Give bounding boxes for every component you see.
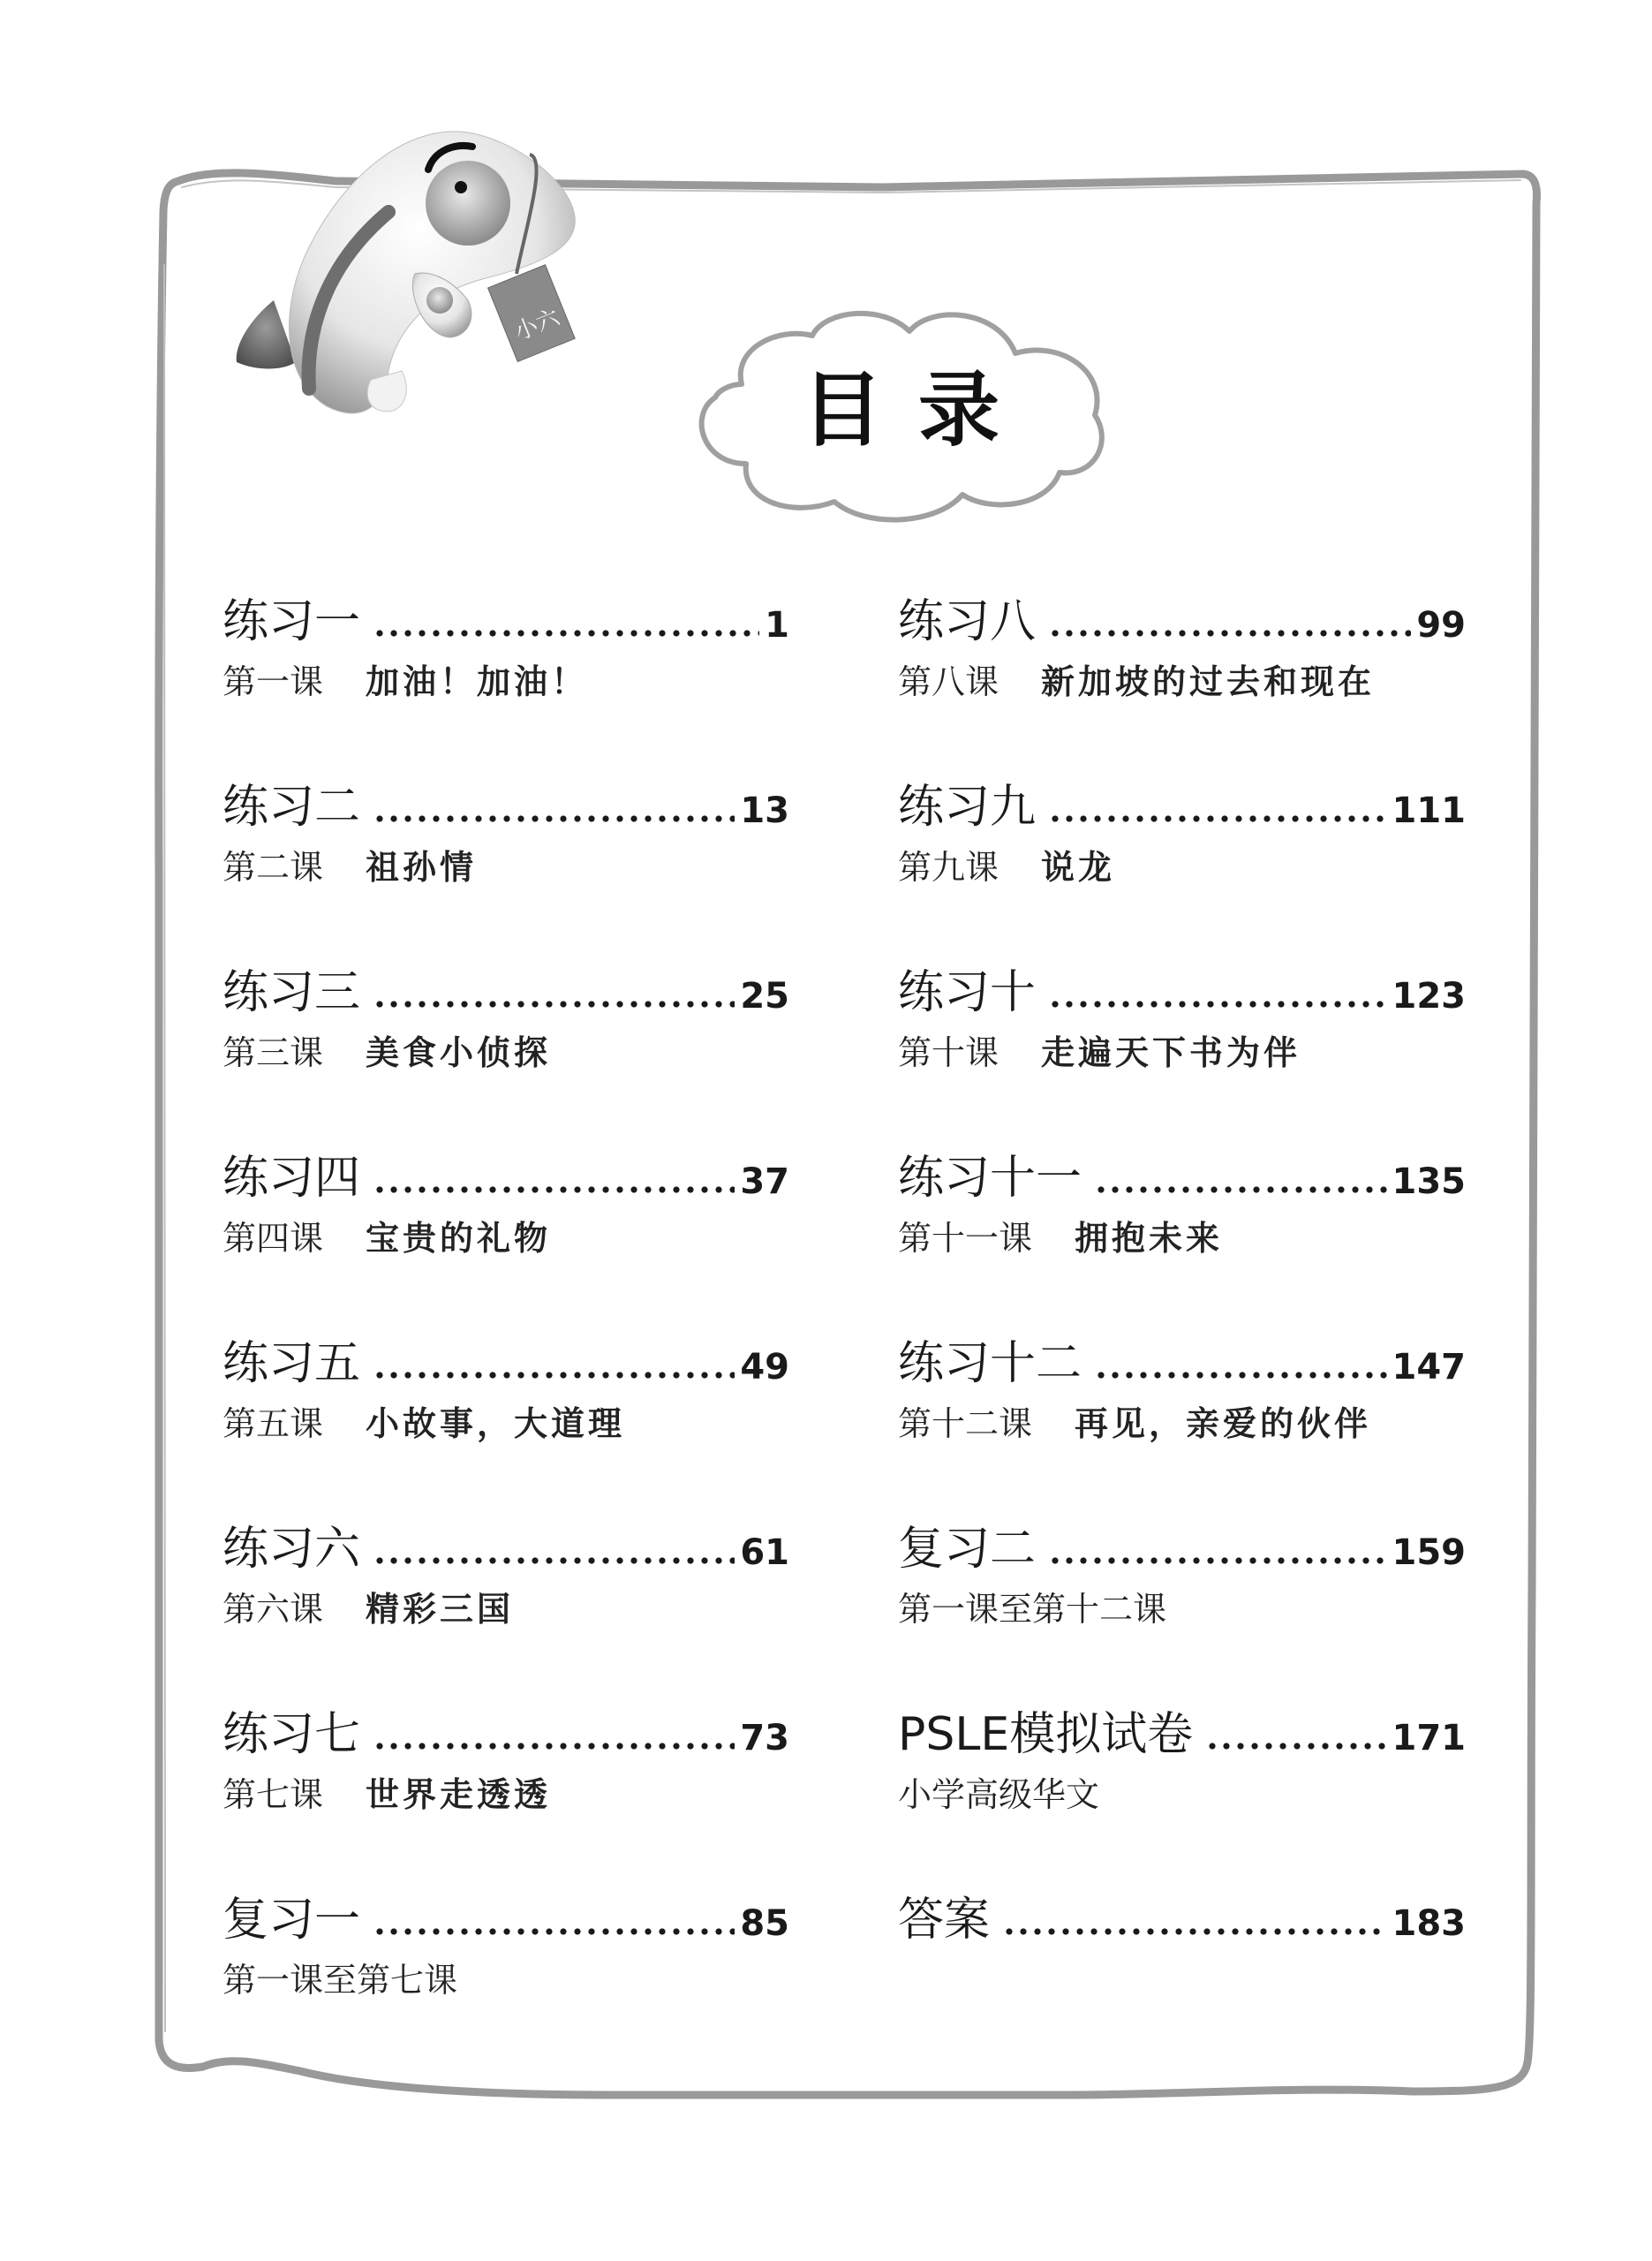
lesson-label: 第十二课: [898, 1404, 1032, 1443]
toc-entry[interactable]: 练习五49 第五课小故事，大道理: [223, 1335, 789, 1477]
lesson-title: 精彩三国: [366, 1590, 514, 1629]
lesson-label: 小学高级华文: [898, 1775, 1099, 1814]
lesson-label: 第九课: [898, 848, 999, 887]
dot-leader: [373, 814, 735, 823]
entry-title: 练习九: [898, 779, 1036, 836]
dot-leader: [1048, 629, 1411, 638]
lesson-label: 第六课: [223, 1590, 323, 1629]
dot-leader: [373, 1742, 735, 1751]
lesson-label: 第二课: [223, 848, 323, 887]
entry-page-number: 123: [1392, 972, 1467, 1021]
entry-title: 练习六: [223, 1521, 360, 1577]
lesson-label: 第一课至第十二课: [898, 1590, 1166, 1629]
lesson-label: 第一课至第七课: [223, 1961, 457, 2000]
entry-title: 练习五: [223, 1335, 360, 1392]
entry-page-number: 85: [740, 1899, 789, 1948]
toc-entry[interactable]: 练习四37 第四课宝贵的礼物: [223, 1150, 789, 1291]
dot-leader: [1002, 1927, 1386, 1936]
entry-title: 练习二: [223, 779, 360, 836]
dot-leader: [373, 1185, 735, 1194]
dot-leader: [373, 1000, 735, 1009]
toc-entry[interactable]: 练习十一135 第十一课拥抱未来: [898, 1150, 1466, 1291]
lesson-title: 美食小侦探: [366, 1033, 551, 1072]
lesson-label: 第一课: [223, 662, 323, 701]
toc-entry[interactable]: 练习三25 第三课美食小侦探: [223, 964, 789, 1106]
lesson-title: 说龙: [1041, 848, 1115, 887]
page-title: 目录: [680, 353, 1121, 468]
entry-title: 答案: [898, 1892, 990, 1948]
entry-title: 练习一: [223, 594, 360, 650]
entry-title: 练习八: [898, 594, 1036, 650]
lesson-title: 加油！加油！: [366, 662, 588, 701]
lesson-title: 祖孙情: [366, 848, 477, 887]
entry-title: 复习一: [223, 1892, 360, 1948]
toc-entry[interactable]: 复习一85 第一课至第七课: [223, 1892, 789, 2033]
toc-entry[interactable]: 答案183: [898, 1892, 1466, 2033]
entry-title: 练习四: [223, 1150, 360, 1206]
entry-page-number: 135: [1392, 1157, 1467, 1206]
lesson-label: 第十课: [898, 1033, 999, 1072]
entry-page-number: 37: [740, 1157, 789, 1206]
entry-page-number: 111: [1392, 786, 1467, 836]
toc-entry[interactable]: 复习二159 第一课至第十二课: [898, 1521, 1466, 1662]
entry-page-number: 99: [1416, 601, 1466, 650]
dot-leader: [1048, 1000, 1386, 1009]
toc-entry[interactable]: 练习一1 第一课加油！加油！: [223, 594, 789, 735]
dot-leader: [1048, 1556, 1386, 1565]
entry-page-number: 183: [1392, 1899, 1467, 1948]
toc-entry[interactable]: 练习十123 第十课走遍天下书为伴: [898, 964, 1466, 1106]
entry-title: 练习十一: [898, 1150, 1082, 1206]
dot-leader: [1094, 1185, 1386, 1194]
entry-title: PSLE模拟试卷: [898, 1706, 1193, 1763]
lesson-title: 走遍天下书为伴: [1041, 1033, 1301, 1072]
lesson-title: 新加坡的过去和现在: [1041, 662, 1375, 701]
dot-leader: [373, 629, 759, 638]
lesson-title: 宝贵的礼物: [366, 1219, 551, 1258]
dot-leader: [1048, 814, 1386, 823]
lesson-title: 拥抱未来: [1075, 1219, 1223, 1258]
entry-title: 复习二: [898, 1521, 1036, 1577]
dot-leader: [373, 1371, 735, 1380]
lesson-label: 第四课: [223, 1219, 323, 1258]
entry-page-number: 49: [740, 1342, 789, 1392]
lesson-label: 第五课: [223, 1404, 323, 1443]
entry-page-number: 1: [765, 601, 789, 650]
lesson-label: 第七课: [223, 1775, 323, 1814]
entry-page-number: 159: [1392, 1528, 1467, 1577]
dot-leader: [373, 1556, 735, 1565]
toc-entry[interactable]: 练习六61 第六课精彩三国: [223, 1521, 789, 1662]
toc-entry[interactable]: PSLE模拟试卷171 小学高级华文: [898, 1706, 1466, 1848]
toc-entry[interactable]: 练习八99 第八课新加坡的过去和现在: [898, 594, 1466, 735]
lesson-title: 再见，亲爱的伙伴: [1075, 1404, 1371, 1443]
toc-entry[interactable]: 练习二13 第二课祖孙情: [223, 779, 789, 920]
dolphin-mascot-icon: 小六: [203, 106, 618, 459]
entry-page-number: 147: [1392, 1342, 1467, 1392]
entry-title: 练习十: [898, 964, 1036, 1021]
lesson-label: 第八课: [898, 662, 999, 701]
dot-leader: [373, 1927, 735, 1936]
entry-title: 练习三: [223, 964, 360, 1021]
entry-page-number: 73: [740, 1713, 789, 1763]
lesson-label: 第十一课: [898, 1219, 1032, 1258]
toc-entry[interactable]: 练习七73 第七课世界走透透: [223, 1706, 789, 1848]
entry-page-number: 171: [1392, 1713, 1467, 1763]
lesson-title: 世界走透透: [366, 1775, 551, 1814]
toc-entry[interactable]: 练习九111 第九课说龙: [898, 779, 1466, 920]
toc-entry[interactable]: 练习十二147 第十二课再见，亲爱的伙伴: [898, 1335, 1466, 1477]
entry-page-number: 13: [740, 786, 789, 836]
entry-title: 练习十二: [898, 1335, 1082, 1392]
entry-page-number: 25: [740, 972, 789, 1021]
dot-leader: [1205, 1742, 1386, 1751]
entry-title: 练习七: [223, 1706, 360, 1763]
entry-page-number: 61: [740, 1528, 789, 1577]
lesson-label: 第三课: [223, 1033, 323, 1072]
lesson-title: 小故事，大道理: [366, 1404, 625, 1443]
dot-leader: [1094, 1371, 1386, 1380]
